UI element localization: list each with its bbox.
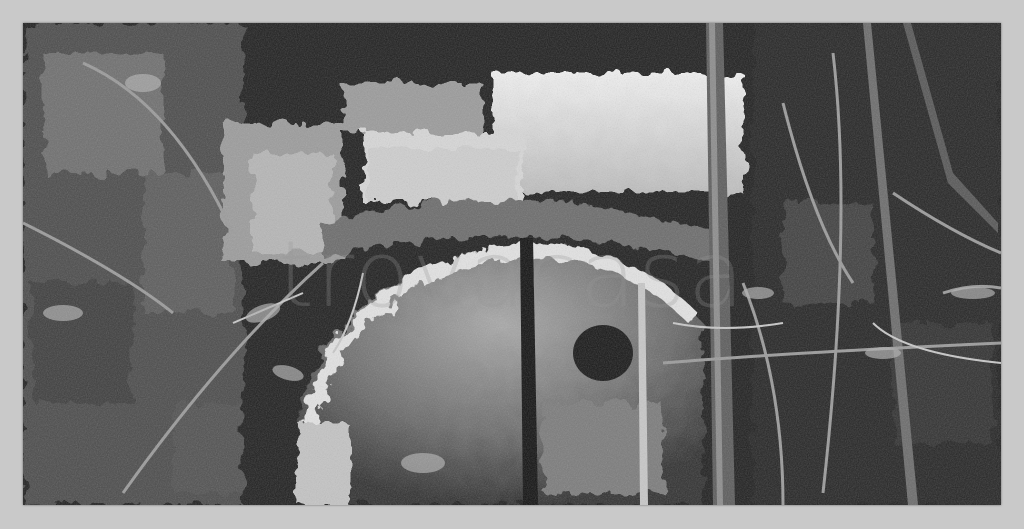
image-frame: trovacasa <box>0 0 1024 529</box>
ruin-photo: trovacasa <box>23 23 1001 505</box>
photo-scene <box>23 23 1001 505</box>
